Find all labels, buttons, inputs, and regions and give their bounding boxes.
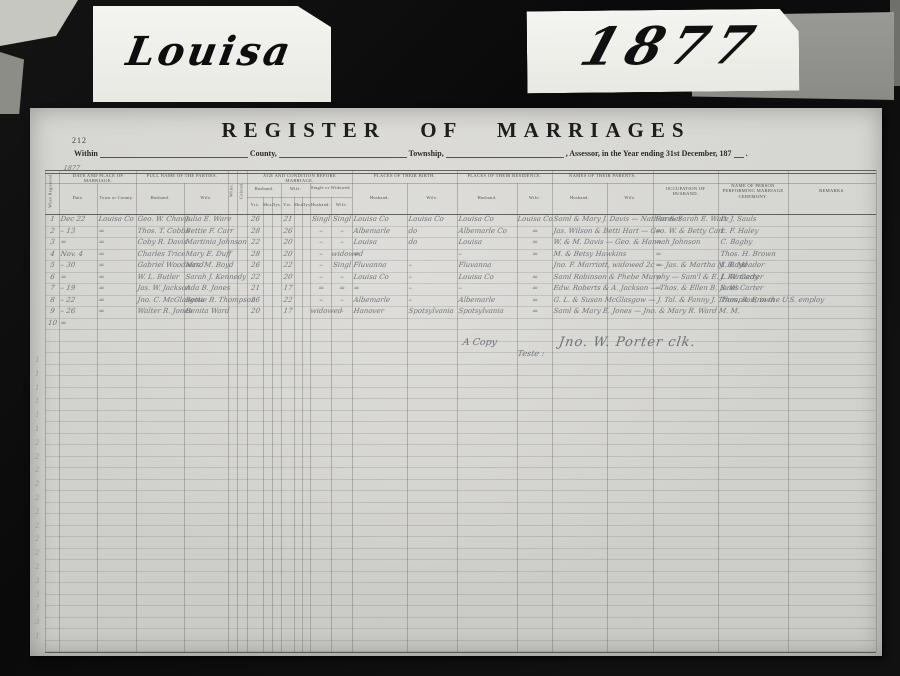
rule	[45, 479, 876, 480]
rule	[45, 306, 876, 307]
margin-mark: 2	[35, 549, 39, 557]
assessor-label: , Assessor, in the Year ending 31st Dece…	[566, 149, 732, 158]
cell-occupation: =	[655, 285, 662, 292]
col-header-w-mos: Mos.	[294, 202, 302, 207]
rule	[45, 628, 876, 629]
col-header-h-dys: Dys.	[272, 202, 281, 207]
cell-wife: Mary E. Duff	[185, 251, 231, 258]
cell-birth-h: Fluvanna	[353, 262, 387, 269]
cell-husband: Geo. W. Chavis	[137, 216, 191, 223]
cell-county: =	[98, 274, 105, 281]
cell-h-age: 22	[247, 274, 264, 281]
rule	[45, 410, 876, 411]
cell-h-age: 21	[247, 285, 264, 292]
group-header-parents: Names of their Parents.	[552, 173, 653, 178]
cell-cond-w: Singl	[331, 262, 353, 269]
rule	[45, 364, 876, 365]
cell-birth-w: do	[408, 228, 418, 235]
cell-h-age: 22	[247, 239, 264, 246]
rule	[45, 183, 876, 184]
cell-w-age: 20	[281, 274, 295, 281]
rule	[788, 170, 789, 652]
cell-occupation: Farmer	[655, 216, 682, 223]
cell-birth-w: Spotsylvania	[408, 308, 454, 315]
cell-birth-h: Louisa Co	[353, 274, 389, 281]
township-label: Township,	[409, 149, 444, 158]
cell-h-age: 28	[247, 251, 264, 258]
rule	[59, 170, 60, 652]
cell-minister: S. W. Carter	[720, 285, 764, 292]
rule	[45, 502, 876, 503]
cell-minister: Thos. H. Brown	[720, 251, 776, 258]
cell-cond-h: widowed	[310, 308, 332, 315]
cell-res-w: =	[517, 297, 553, 304]
cell-minister: L. F. Haley	[720, 228, 759, 235]
rule	[45, 640, 876, 641]
cell-cond-w: widowed	[331, 251, 353, 258]
cell-no: 10	[45, 320, 60, 327]
cell-h-age: 26	[247, 216, 264, 223]
cell-res-w: =	[517, 308, 553, 315]
rule	[45, 387, 876, 388]
rule	[407, 183, 408, 652]
rule	[45, 594, 876, 595]
cell-parents: G. L. & Susan McGlasgow — J. Tal. & Fann…	[553, 297, 825, 304]
col-header-w-dys: Dys.	[302, 202, 310, 207]
col-header-cond-wife: Wife.	[331, 202, 352, 207]
rule	[272, 197, 273, 652]
col-header-town-county: Town or County.	[97, 195, 136, 200]
cell-no: 8	[45, 297, 60, 304]
photo-background: Louisa 1877 212 REGISTER OF MARRIAGES Wi…	[0, 0, 900, 676]
cell-wife: Julia E. Ware	[185, 216, 232, 223]
cell-cond-h: –	[310, 228, 332, 235]
cell-date: Nov. 4	[60, 251, 83, 258]
cell-date: – 26	[60, 308, 76, 315]
cell-res-w: =	[517, 251, 553, 258]
county-label-text: Louisa	[123, 28, 297, 75]
rule	[45, 513, 876, 514]
margin-mark: 2	[35, 480, 39, 488]
rule	[653, 170, 654, 652]
cell-res-h: Spotsylvania	[458, 308, 504, 315]
col-header-h-mos: Mos.	[263, 202, 272, 207]
cell-w-age: 22	[281, 297, 295, 304]
margin-mark: 2	[35, 563, 39, 571]
rule	[45, 249, 876, 250]
cell-parents: W. & M. Davis — Geo. & Hannah Johnson	[553, 239, 701, 246]
register-sheet: 212 REGISTER OF MARRIAGES Within County,…	[30, 108, 882, 656]
rule	[45, 272, 876, 273]
cell-county: =	[98, 285, 105, 292]
margin-mark: 3	[35, 618, 39, 626]
margin-mark: 1	[35, 397, 39, 405]
group-header-age: Age and Condition before Marriage.	[249, 173, 350, 184]
rule	[45, 548, 876, 549]
cell-date: – 22	[60, 297, 76, 304]
rule	[45, 398, 876, 399]
margin-mark: 1	[35, 632, 39, 640]
cell-county: =	[98, 308, 105, 315]
margin-mark: 1	[35, 411, 39, 419]
cell-birth-w: –	[408, 297, 412, 304]
margin-mark: 2	[35, 522, 39, 530]
cell-birth-h: Louisa Co	[353, 216, 389, 223]
rule	[45, 170, 46, 652]
period: .	[746, 149, 748, 158]
cell-wife: Mrs. M. Boyd	[185, 262, 234, 269]
cell-res-h: Louisa Co	[458, 274, 494, 281]
cell-parents: M. & Betsy Hawkins	[553, 251, 627, 258]
cell-wife: Ada B. Jones	[185, 285, 231, 292]
cell-minister: Thos. R. Brown	[720, 297, 775, 304]
cell-no: 5	[45, 262, 60, 269]
blank-township	[279, 149, 407, 158]
cell-husband: W. L. Butler	[137, 274, 180, 281]
rule	[45, 260, 876, 261]
col-header-res-husband: Husband.	[457, 195, 517, 200]
cell-parents: Edw. Roberts & A. Jackson — Thos. & Elle…	[553, 285, 739, 292]
county-label: County,	[250, 149, 277, 158]
margin-mark: 2	[35, 508, 39, 516]
group-header-date-place: Date and Place of Marriage.	[61, 173, 135, 184]
cell-cond-w: –	[331, 297, 353, 304]
rule	[302, 197, 303, 652]
cell-res-w: =	[517, 228, 553, 235]
rule	[228, 170, 229, 652]
cell-minister: C. Bagby	[720, 239, 753, 246]
rule	[294, 197, 295, 652]
rule	[45, 617, 876, 618]
cell-cond-w: –	[331, 239, 353, 246]
cell-w-age: 20	[281, 239, 295, 246]
col-header-colored: Colored.	[240, 170, 245, 210]
cell-wife: Bettie B. Thompson	[185, 297, 256, 304]
cell-birth-w: –	[408, 262, 412, 269]
cell-county: =	[98, 262, 105, 269]
rule	[718, 170, 719, 652]
rule	[457, 170, 458, 652]
county-label-card: Louisa	[93, 6, 331, 102]
rule	[45, 341, 876, 342]
cell-county: =	[98, 297, 105, 304]
margin-mark: 2	[35, 439, 39, 447]
rule	[45, 237, 876, 238]
rule	[45, 433, 876, 434]
col-header-remarks: Remarks.	[788, 188, 876, 193]
cell-cond-h: Singl	[310, 216, 332, 223]
col-header-wife-name: Wife.	[184, 195, 228, 200]
cell-cond-h: –	[310, 262, 332, 269]
cell-cond-w: =	[331, 285, 353, 292]
rule	[45, 295, 876, 296]
rule	[45, 329, 876, 330]
cell-occupation: =	[655, 239, 662, 246]
cell-h-age: 26	[247, 262, 264, 269]
blank-assessor	[446, 149, 564, 158]
col-header-birth-wife: Wife.	[407, 195, 457, 200]
rule	[331, 197, 332, 652]
cell-w-age: 22	[281, 262, 295, 269]
cell-res-h: Louisa Co	[458, 216, 494, 223]
cell-husband: Charles Trice	[137, 251, 186, 258]
rule	[45, 605, 876, 606]
cell-res-h: –	[458, 285, 462, 292]
rule	[552, 170, 553, 652]
blank-county	[100, 149, 248, 158]
cell-parents: Saml & Mary E. Jones — Jno. & Mary R. Wa…	[553, 308, 740, 315]
rule	[247, 170, 248, 652]
torn-paper-scrap	[0, 0, 78, 46]
rule	[45, 352, 876, 353]
rule	[45, 582, 876, 583]
rule	[263, 197, 264, 652]
cell-w-age: 21	[281, 216, 295, 223]
cell-w-age: 17	[281, 285, 295, 292]
cell-res-h: Louisa	[458, 239, 482, 246]
cell-cond-w: Singl	[331, 216, 353, 223]
form-subtitle-line: Within County, Township, , Assessor, in …	[74, 149, 874, 158]
cell-w-age: 17	[281, 308, 295, 315]
cell-county: =	[98, 251, 105, 258]
margin-mark: 1	[35, 425, 39, 433]
subheader-age-wife: Wife.	[281, 186, 310, 191]
rule	[45, 525, 876, 526]
rule	[237, 170, 238, 652]
margin-mark: 2	[35, 494, 39, 502]
group-header-birth: Places of their Birth.	[352, 173, 457, 178]
teste-note: Teste :	[517, 350, 545, 358]
cell-no: 3	[45, 239, 60, 246]
cell-wife: Benita Ward	[185, 308, 230, 315]
cell-date: Dec 22	[60, 216, 86, 223]
group-header-names: Full Name of the Parties.	[138, 173, 226, 178]
cell-w-age: 26	[281, 228, 295, 235]
rule	[45, 652, 876, 653]
col-header-occupation: Occupation of Husband.	[653, 186, 718, 197]
cell-birth-h: Louisa	[353, 239, 377, 246]
cell-birth-h: Albemarle	[353, 297, 390, 304]
cell-cond-h: –	[310, 297, 332, 304]
rule	[45, 214, 876, 215]
cell-cond-h: –	[310, 251, 332, 258]
margin-mark: 1	[35, 384, 39, 392]
rule	[281, 183, 282, 652]
subheader-age-husband: Husband.	[247, 186, 281, 191]
cell-minister: L. W. Carter	[720, 274, 764, 281]
margin-mark: 3	[35, 591, 39, 599]
rule	[45, 444, 876, 445]
cell-res-h: Albemarle	[458, 297, 495, 304]
blank-year-digit	[734, 149, 744, 158]
rule	[45, 456, 876, 457]
register-table: When Registered. Date and Place of Marri…	[45, 170, 876, 652]
cell-no: 1	[45, 216, 60, 223]
cell-husband: Coby R. Davis	[137, 239, 188, 246]
cell-cond-w: –	[331, 274, 353, 281]
cell-county: =	[98, 239, 105, 246]
margin-mark: 1	[35, 370, 39, 378]
rule	[136, 170, 137, 652]
rule	[45, 421, 876, 422]
cell-no: 6	[45, 274, 60, 281]
cell-husband: Jas. W. Jackson	[137, 285, 191, 292]
a-copy-note: A Copy	[462, 338, 498, 348]
cell-date: – 30	[60, 262, 76, 269]
cell-cond-h: –	[310, 239, 332, 246]
rule	[45, 536, 876, 537]
cell-res-w: Louisa Co	[517, 216, 553, 223]
rule	[45, 559, 876, 560]
cell-date: – 19	[60, 285, 76, 292]
cell-no: 7	[45, 285, 60, 292]
cell-date: =	[60, 239, 67, 246]
rule	[45, 170, 876, 171]
rule	[45, 571, 876, 572]
margin-mark: 1	[35, 356, 39, 364]
cell-husband: Thos. T. Cobbs	[137, 228, 190, 235]
cell-birth-w: do	[408, 239, 418, 246]
cell-occupation: =	[655, 274, 662, 281]
cell-cond-h: –	[310, 274, 332, 281]
clerk-signature: Jno. W. Porter clk.	[558, 336, 697, 349]
cell-res-w: =	[517, 285, 553, 292]
cell-date: – 13	[60, 228, 76, 235]
cell-res-w: =	[517, 274, 553, 281]
margin-mark: 2	[35, 535, 39, 543]
rule	[184, 183, 185, 652]
margin-mark: 3	[35, 604, 39, 612]
cell-wife: Bettie F. Carr	[185, 228, 234, 235]
cell-h-age: 28	[247, 228, 264, 235]
col-header-white: White.	[230, 170, 235, 210]
cell-county: Louisa Co	[98, 216, 134, 223]
rule	[517, 183, 518, 652]
col-header-birth-husband: Husband.	[352, 195, 407, 200]
rule	[97, 183, 98, 652]
cell-no: 9	[45, 308, 60, 315]
rule	[310, 183, 311, 652]
cell-h-age: 20	[247, 308, 264, 315]
rule	[45, 467, 876, 468]
margin-mark: 2	[35, 453, 39, 461]
cell-h-age: 26	[247, 297, 264, 304]
cell-res-h: Fluvanna	[458, 262, 492, 269]
subheader-condition: Single or Widowed.	[310, 185, 352, 190]
cell-county: =	[98, 228, 105, 235]
rule	[352, 170, 353, 652]
cell-res-h: Albemarle Co	[458, 228, 507, 235]
col-header-res-wife: Wife.	[517, 195, 552, 200]
rule	[45, 318, 876, 319]
cell-birth-w: –	[408, 274, 412, 281]
cell-minister: J. B. Meador	[720, 262, 765, 269]
col-header-husband-name: Husband.	[136, 195, 184, 200]
cell-birth-h: Hanover	[353, 308, 384, 315]
cell-minister: D. J. Sauls	[720, 216, 757, 223]
cell-parents: Jas. Wilson & Betti Hart — Geo. W. & Bet…	[553, 228, 725, 235]
cell-w-age: 20	[281, 251, 295, 258]
col-header-cond-husband: Husband.	[310, 202, 331, 207]
cell-no: 4	[45, 251, 60, 258]
cell-res-w: =	[517, 239, 553, 246]
cell-birth-h: =	[353, 285, 360, 292]
margin-mark: 2	[35, 466, 39, 474]
rule	[45, 226, 876, 227]
cell-res-h: –	[458, 251, 462, 258]
col-header-registered: When Registered.	[49, 170, 54, 210]
cell-birth-w: –	[408, 285, 412, 292]
cell-date: =	[60, 320, 67, 327]
cell-cond-w: –	[331, 228, 353, 235]
cell-birth-h: Albemarle	[353, 228, 390, 235]
year-label-text: 1877	[573, 15, 769, 78]
cell-cond-h: =	[310, 285, 332, 292]
col-header-date: Date.	[59, 195, 97, 200]
rule	[45, 490, 876, 491]
cell-date: =	[60, 274, 67, 281]
cell-cond-w: –	[331, 308, 353, 315]
cell-birth-h: =	[353, 251, 360, 258]
cell-occupation: =	[655, 228, 662, 235]
cell-no: 2	[45, 228, 60, 235]
rule	[45, 173, 876, 174]
year-label-card: 1877	[527, 9, 800, 94]
col-header-h-yrs: Yrs.	[247, 202, 263, 207]
cell-occupation: =	[655, 251, 662, 258]
page-title: REGISTER OF MARRIAGES	[30, 118, 882, 143]
group-header-residence: Places of their Residence.	[457, 173, 552, 178]
cell-birth-w: Louisa Co	[408, 216, 444, 223]
col-header-minister: Name of Person performing Marriage Cerem…	[718, 183, 788, 199]
cell-parents: Saml & Mary J. Davis — Nathan & Sarah E.…	[553, 216, 729, 223]
margin-mark: 3	[35, 577, 39, 585]
col-header-w-yrs: Yrs.	[281, 202, 294, 207]
rule	[45, 375, 876, 376]
rule	[45, 283, 876, 284]
cell-occupation: =	[655, 262, 662, 269]
rule	[607, 183, 608, 652]
rule	[876, 170, 877, 652]
col-header-parents-husband: Husband.	[552, 195, 607, 200]
within-label: Within	[74, 149, 98, 158]
torn-paper-scrap	[0, 52, 24, 114]
col-header-parents-wife: Wife.	[607, 195, 653, 200]
